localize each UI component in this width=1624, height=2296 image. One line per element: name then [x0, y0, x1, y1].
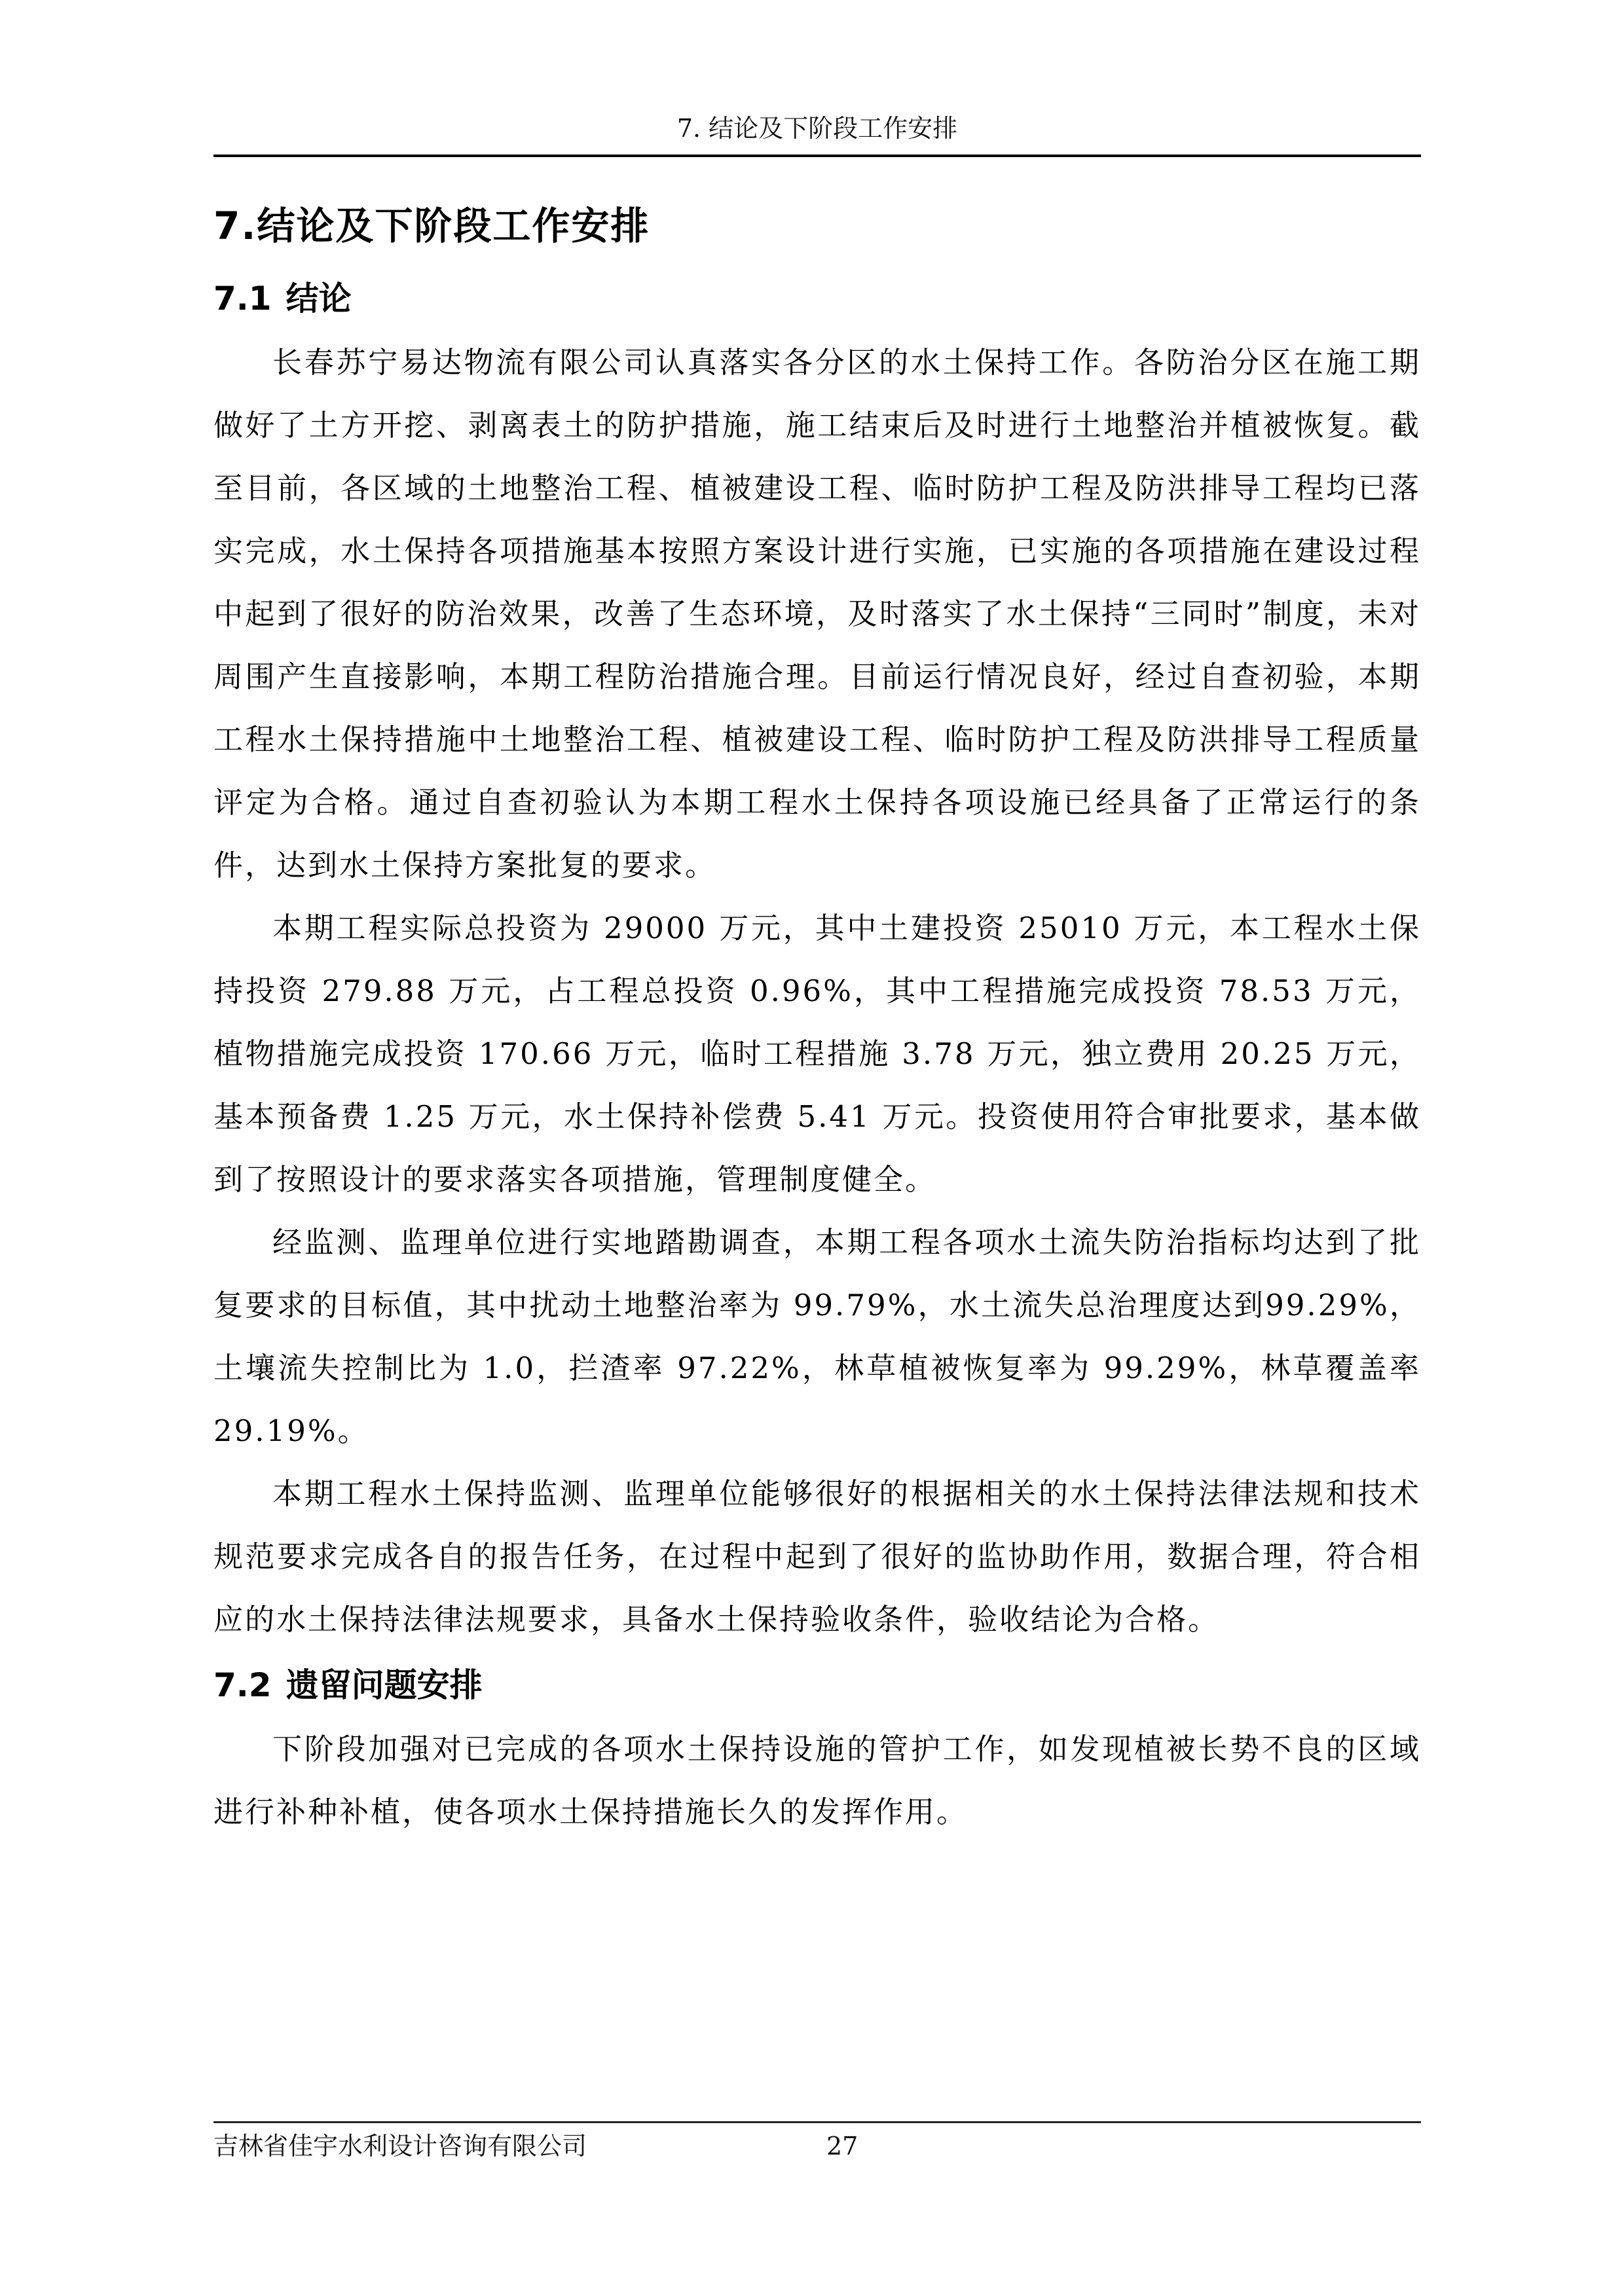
page-body: 7.结论及下阶段工作安排 7.1结论 长春苏宁易达物流有限公司认真落实各分区的水… — [213, 196, 1421, 1844]
paragraph-indicators: 经监测、监理单位进行实地踏勘调查，本期工程各项水土流失防治指标均达到了批复要求的… — [213, 1211, 1421, 1463]
section-number: 7.2 — [213, 1666, 272, 1704]
running-header: 7. 结论及下阶段工作安排 — [213, 111, 1421, 145]
chapter-title: 7.结论及下阶段工作安排 — [213, 196, 1421, 262]
paragraph-acceptance: 本期工程水土保持监测、监理单位能够很好的根据相关的水土保持法律法规和技术规范要求… — [213, 1463, 1421, 1651]
paragraph-remaining-issues: 下阶段加强对已完成的各项水土保持设施的管护工作，如发现植被长势不良的区域进行补种… — [213, 1718, 1421, 1844]
footer-divider — [213, 2121, 1421, 2123]
header-divider — [213, 155, 1421, 157]
section-title: 遗留问题安排 — [286, 1666, 483, 1704]
paragraph-investment: 本期工程实际总投资为 29000 万元，其中土建投资 25010 万元，本工程水… — [213, 897, 1421, 1211]
paragraph-conclusion-overview: 长春苏宁易达物流有限公司认真落实各分区的水土保持工作。各防治分区在施工期做好了土… — [213, 331, 1421, 897]
section-number: 7.1 — [213, 280, 272, 318]
footer-company-name: 吉林省佳宇水利设计咨询有限公司 — [213, 2129, 587, 2163]
section-title: 结论 — [286, 280, 352, 318]
page-number: 27 — [826, 2129, 858, 2163]
section-heading-7-2: 7.2遗留问题安排 — [213, 1652, 1421, 1718]
section-heading-7-1: 7.1结论 — [213, 266, 1421, 331]
